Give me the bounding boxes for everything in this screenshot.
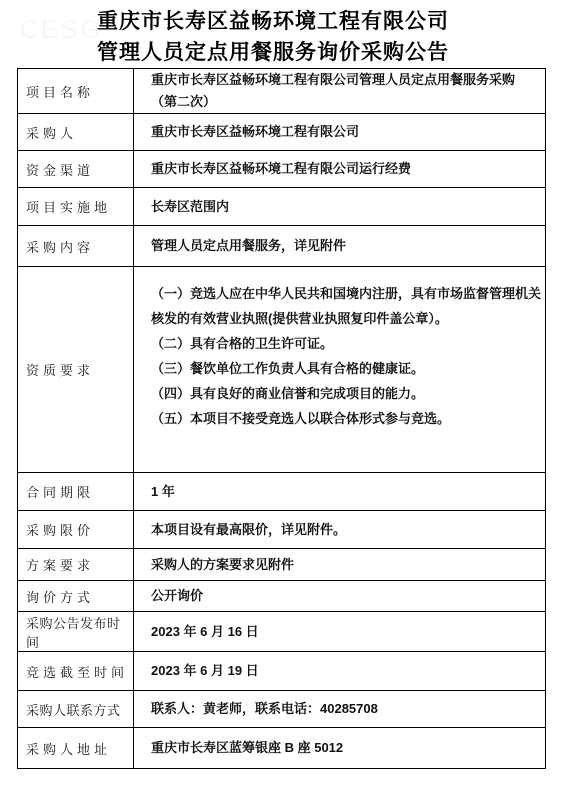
- row-label-cell: 合同期限: [18, 473, 134, 510]
- table-row: 采购公告发布时间 2023 年 6 月 16 日: [18, 612, 545, 652]
- table-row: 合同期限 1 年: [18, 473, 545, 511]
- row-label: 采购限价: [26, 520, 94, 539]
- table-row: 采购内容 管理人员定点用餐服务，详见附件: [18, 226, 545, 267]
- value-line: 2023 年 6 月 19 日: [151, 660, 543, 682]
- value-line: （二）具有合格的卫生许可证。: [151, 331, 543, 356]
- row-value-cell: 联系人：黄老师，联系电话：40285708: [134, 691, 545, 727]
- value-line: 重庆市长寿区益畅环境工程有限公司运行经费: [151, 158, 543, 180]
- row-value-cell: 长寿区范围内: [134, 188, 545, 225]
- row-label-cell: 竞选截至时间: [18, 652, 134, 690]
- value-line: 采购人的方案要求见附件: [151, 554, 543, 576]
- value-line: （五）本项目不接受竞选人以联合体形式参与竞选。: [151, 406, 543, 431]
- row-label: 采购公告发布时间: [26, 613, 131, 651]
- value-line: 联系人：黄老师，联系电话：40285708: [151, 698, 543, 720]
- row-value-cell: （一）竞选人应在中华人民共和国境内注册，具有市场监督管理机关核发的有效营业执照(…: [134, 267, 545, 472]
- value-line: （第二次）: [151, 91, 543, 113]
- watermark: CESG: [20, 16, 103, 45]
- row-label: 采购内容: [26, 237, 94, 256]
- row-label-cell: 项目名称: [18, 69, 134, 113]
- table-row: 项目实施地 长寿区范围内: [18, 188, 545, 226]
- row-label-cell: 询价方式: [18, 581, 134, 611]
- value-line: 2023 年 6 月 16 日: [151, 621, 543, 643]
- table-row: 采购人联系方式 联系人：黄老师，联系电话：40285708: [18, 691, 545, 728]
- row-label: 项目实施地: [26, 197, 111, 216]
- row-value-cell: 采购人的方案要求见附件: [134, 549, 545, 580]
- value-line: 公开询价: [151, 585, 543, 607]
- row-label: 竞选截至时间: [26, 662, 128, 681]
- row-label: 项目名称: [26, 82, 94, 101]
- table-row: 采购限价 本项目设有最高限价，详见附件。: [18, 511, 545, 549]
- row-label: 采购人地址: [26, 739, 111, 758]
- row-label-cell: 方案要求: [18, 549, 134, 580]
- row-value-cell: 重庆市长寿区蓝筹银座 B 座 5012: [134, 728, 545, 768]
- table-row: 采购人 重庆市长寿区益畅环境工程有限公司: [18, 114, 545, 151]
- row-label-cell: 采购公告发布时间: [18, 612, 134, 651]
- row-label-cell: 资质要求: [18, 267, 134, 472]
- value-line: 1 年: [151, 481, 543, 503]
- info-table: 项目名称 重庆市长寿区益畅环境工程有限公司管理人员定点用餐服务采购（第二次） 采…: [17, 68, 546, 769]
- row-value-cell: 本项目设有最高限价，详见附件。: [134, 511, 545, 548]
- row-label: 询价方式: [26, 587, 94, 606]
- row-value-cell: 1 年: [134, 473, 545, 510]
- table-row: 竞选截至时间 2023 年 6 月 19 日: [18, 652, 545, 691]
- value-line: 本项目设有最高限价，详见附件。: [151, 519, 543, 541]
- row-label: 采购人联系方式: [26, 700, 121, 719]
- row-label: 合同期限: [26, 482, 94, 501]
- row-value-cell: 重庆市长寿区益畅环境工程有限公司运行经费: [134, 151, 545, 187]
- value-line: 长寿区范围内: [151, 196, 543, 218]
- row-label-cell: 采购限价: [18, 511, 134, 548]
- row-value-cell: 2023 年 6 月 16 日: [134, 612, 545, 651]
- row-label: 方案要求: [26, 555, 94, 574]
- row-label-cell: 项目实施地: [18, 188, 134, 225]
- row-value-cell: 公开询价: [134, 581, 545, 611]
- row-label-cell: 采购内容: [18, 226, 134, 266]
- value-line: 重庆市长寿区蓝筹银座 B 座 5012: [151, 737, 543, 759]
- table-row: 资质要求 （一）竞选人应在中华人民共和国境内注册，具有市场监督管理机关核发的有效…: [18, 267, 545, 473]
- table-row: 询价方式 公开询价: [18, 581, 545, 612]
- value-line: （三）餐饮单位工作负责人具有合格的健康证。: [151, 356, 543, 381]
- row-value-cell: 重庆市长寿区益畅环境工程有限公司管理人员定点用餐服务采购（第二次）: [134, 69, 545, 113]
- row-value-cell: 重庆市长寿区益畅环境工程有限公司: [134, 114, 545, 150]
- row-label: 资金渠道: [26, 160, 94, 179]
- row-label-cell: 采购人地址: [18, 728, 134, 768]
- row-label-cell: 资金渠道: [18, 151, 134, 187]
- value-line: （一）竞选人应在中华人民共和国境内注册，具有市场监督管理机关核发的有效营业执照(…: [151, 281, 543, 331]
- row-label: 资质要求: [26, 360, 94, 379]
- value-line: 重庆市长寿区益畅环境工程有限公司: [151, 121, 543, 143]
- row-label: 采购人: [26, 123, 77, 142]
- row-value-cell: 管理人员定点用餐服务，详见附件: [134, 226, 545, 266]
- table-row: 方案要求 采购人的方案要求见附件: [18, 549, 545, 581]
- row-value-cell: 2023 年 6 月 19 日: [134, 652, 545, 690]
- value-line: 重庆市长寿区益畅环境工程有限公司管理人员定点用餐服务采购: [151, 69, 543, 91]
- row-label-cell: 采购人联系方式: [18, 691, 134, 727]
- table-row: 采购人地址 重庆市长寿区蓝筹银座 B 座 5012: [18, 728, 545, 768]
- table-row: 项目名称 重庆市长寿区益畅环境工程有限公司管理人员定点用餐服务采购（第二次）: [18, 69, 545, 114]
- row-label-cell: 采购人: [18, 114, 134, 150]
- table-row: 资金渠道 重庆市长寿区益畅环境工程有限公司运行经费: [18, 151, 545, 188]
- value-line: （四）具有良好的商业信誉和完成项目的能力。: [151, 381, 543, 406]
- value-line: 管理人员定点用餐服务，详见附件: [151, 235, 543, 257]
